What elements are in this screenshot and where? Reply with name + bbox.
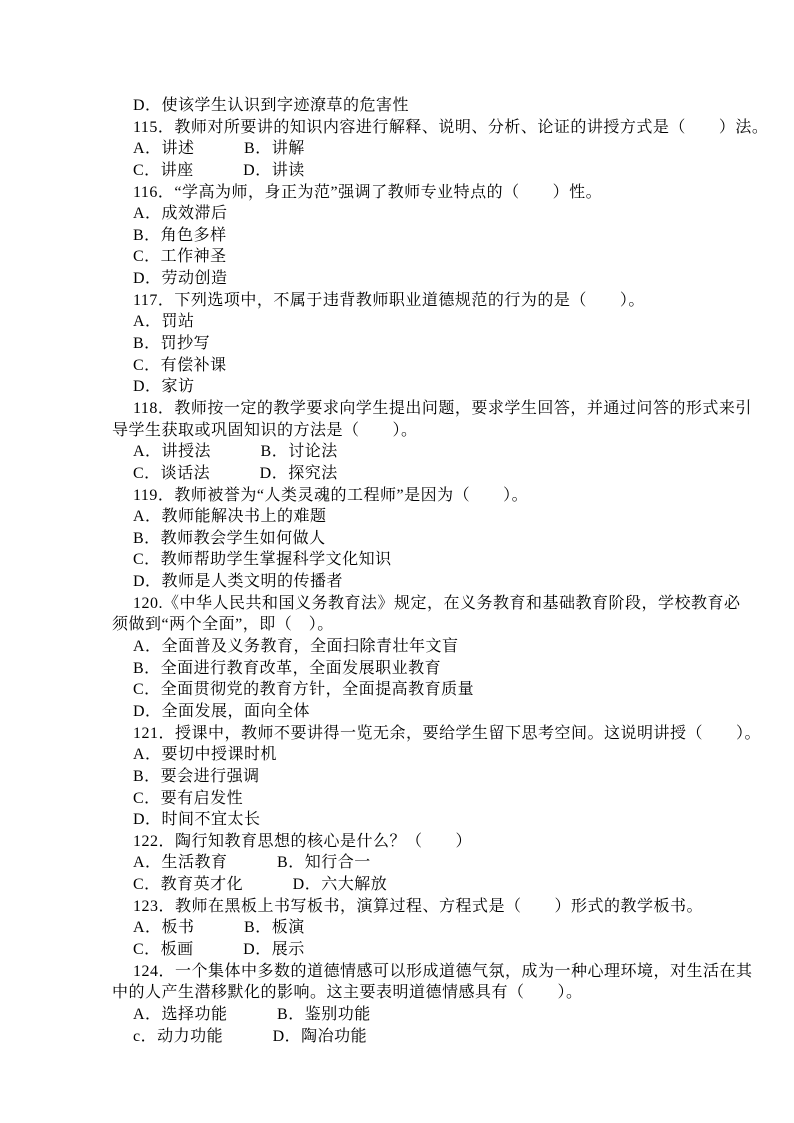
option-line: A．讲授法 B．讨论法: [112, 441, 792, 463]
option-line: c．动力功能 D．陶冶功能: [112, 1026, 792, 1048]
question-line: 120.《中华人民共和国义务教育法》规定，在义务教育和基础教育阶段，学校教育必: [112, 593, 792, 615]
question-line: 119．教师被誉为“人类灵魂的工程师”是因为（ ）。: [112, 485, 792, 507]
option-line: A．成效滞后: [112, 203, 792, 225]
continuation-line: 须做到“两个全面”，即（ ）。: [112, 614, 792, 636]
option-line: C．板画 D．展示: [112, 939, 792, 961]
option-line: B．角色多样: [112, 225, 792, 247]
option-line: B．全面进行教育改革，全面发展职业教育: [112, 658, 792, 680]
option-line: B．要会进行强调: [112, 766, 792, 788]
option-line: C．全面贯彻党的教育方针，全面提高教育质量: [112, 679, 792, 701]
question-line: 123．教师在黑板上书写板书，演算过程、方程式是（ ）形式的教学板书。: [112, 896, 792, 918]
option-line: C．有偿补课: [112, 355, 792, 377]
option-line: C．谈话法 D．探究法: [112, 463, 792, 485]
option-line: D．全面发展，面向全体: [112, 701, 792, 723]
option-line: D．教师是人类文明的传播者: [112, 571, 792, 593]
question-line: 124．一个集体中多数的道德情感可以形成道德气氛，成为一种心理环境，对生活在其: [112, 961, 792, 983]
option-line: A．板书 B．板演: [112, 917, 792, 939]
option-line: D．时间不宜太长: [112, 809, 792, 831]
document-page: D．使该学生认识到字迹潦草的危害性115．教师对所要讲的知识内容进行解释、说明、…: [0, 0, 794, 1123]
question-line: 118．教师按一定的教学要求向学生提出问题，要求学生回答，并通过问答的形式来引: [112, 398, 792, 420]
option-line: A．选择功能 B．鉴别功能: [112, 1004, 792, 1026]
option-line: A．讲述 B．讲解: [112, 138, 792, 160]
question-line: 116．“学高为师，身正为范”强调了教师专业特点的（ ）性。: [112, 182, 792, 204]
option-line: D．使该学生认识到字迹潦草的危害性: [112, 95, 792, 117]
option-line: C．讲座 D．讲读: [112, 160, 792, 182]
question-line: 115．教师对所要讲的知识内容进行解释、说明、分析、论证的讲授方式是（ ）法。: [112, 117, 792, 139]
option-line: A．罚站: [112, 311, 792, 333]
option-line: C．教育英才化 D．六大解放: [112, 874, 792, 896]
question-line: 122．陶行知教育思想的核心是什么？（ ）: [112, 831, 792, 853]
option-line: A．要切中授课时机: [112, 744, 792, 766]
continuation-line: 导学生获取或巩固知识的方法是（ ）。: [112, 420, 792, 442]
question-line: 121．授课中，教师不要讲得一览无余，要给学生留下思考空间。这说明讲授（ ）。: [112, 723, 792, 745]
option-line: B．罚抄写: [112, 333, 792, 355]
option-line: A．生活教育 B．知行合一: [112, 852, 792, 874]
option-line: C．要有启发性: [112, 788, 792, 810]
option-line: A．教师能解决书上的难题: [112, 506, 792, 528]
continuation-line: 中的人产生潜移默化的影响。这主要表明道德情感具有（ ）。: [112, 982, 792, 1004]
option-line: D．家访: [112, 376, 792, 398]
exam-text-block: D．使该学生认识到字迹潦草的危害性115．教师对所要讲的知识内容进行解释、说明、…: [112, 95, 792, 1047]
option-line: B．教师教会学生如何做人: [112, 528, 792, 550]
option-line: C．教师帮助学生掌握科学文化知识: [112, 549, 792, 571]
option-line: D．劳动创造: [112, 268, 792, 290]
question-line: 117．下列选项中，不属于违背教师职业道德规范的行为的是（ ）。: [112, 290, 792, 312]
option-line: C．工作神圣: [112, 246, 792, 268]
option-line: A．全面普及义务教育，全面扫除青壮年文盲: [112, 636, 792, 658]
